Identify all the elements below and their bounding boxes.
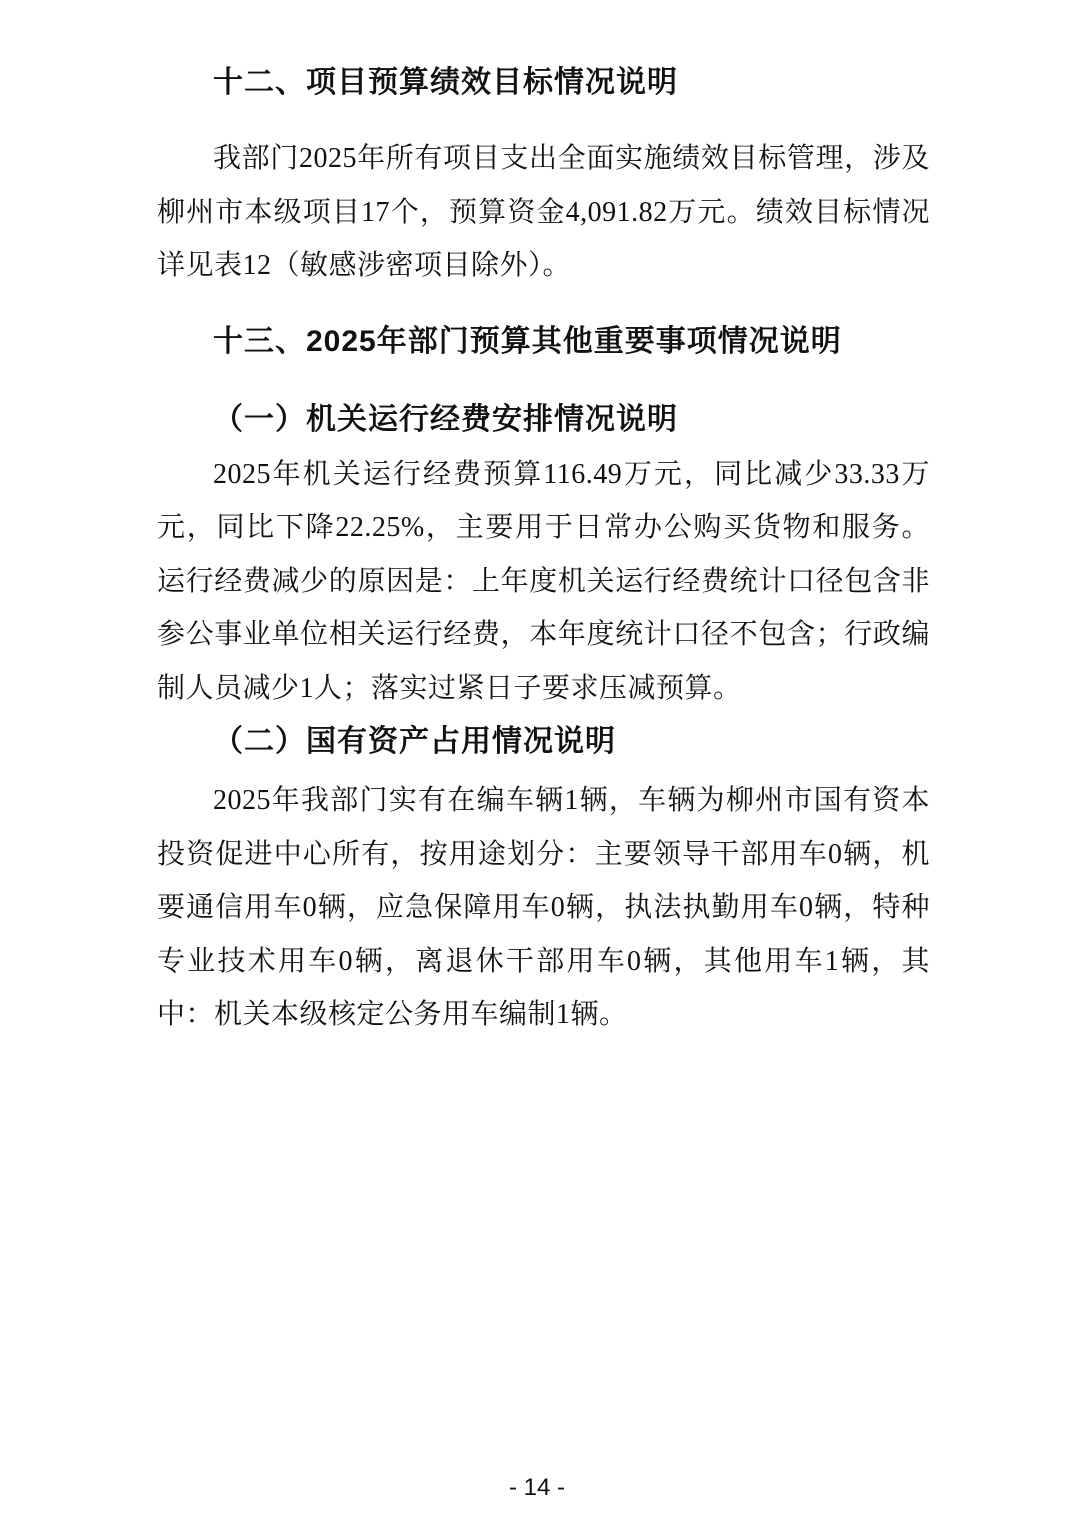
- section-12-heading: 十二、项目预算绩效目标情况说明: [157, 66, 930, 100]
- section-13-subheading-2: （二）国有资产占用情况说明: [157, 725, 930, 759]
- page-number: - 14 -: [0, 1474, 1074, 1502]
- document-page: 十二、项目预算绩效目标情况说明 我部门2025年所有项目支出全面实施绩效目标管理…: [0, 0, 1074, 1520]
- section-13-subheading-1: （一）机关运行经费安排情况说明: [157, 403, 930, 437]
- section-13-subsection-2-paragraph: 2025年我部门实有在编车辆1辆，车辆为柳州市国有资本投资促进中心所有，按用途划…: [157, 774, 930, 1042]
- section-12-paragraph: 我部门2025年所有项目支出全面实施绩效目标管理，涉及柳州市本级项目17个，预算…: [157, 132, 930, 293]
- section-13-heading: 十三、2025年部门预算其他重要事项情况说明: [157, 325, 930, 359]
- section-13-subsection-1-paragraph: 2025年机关运行经费预算116.49万元，同比减少33.33万元，同比下降22…: [157, 448, 930, 716]
